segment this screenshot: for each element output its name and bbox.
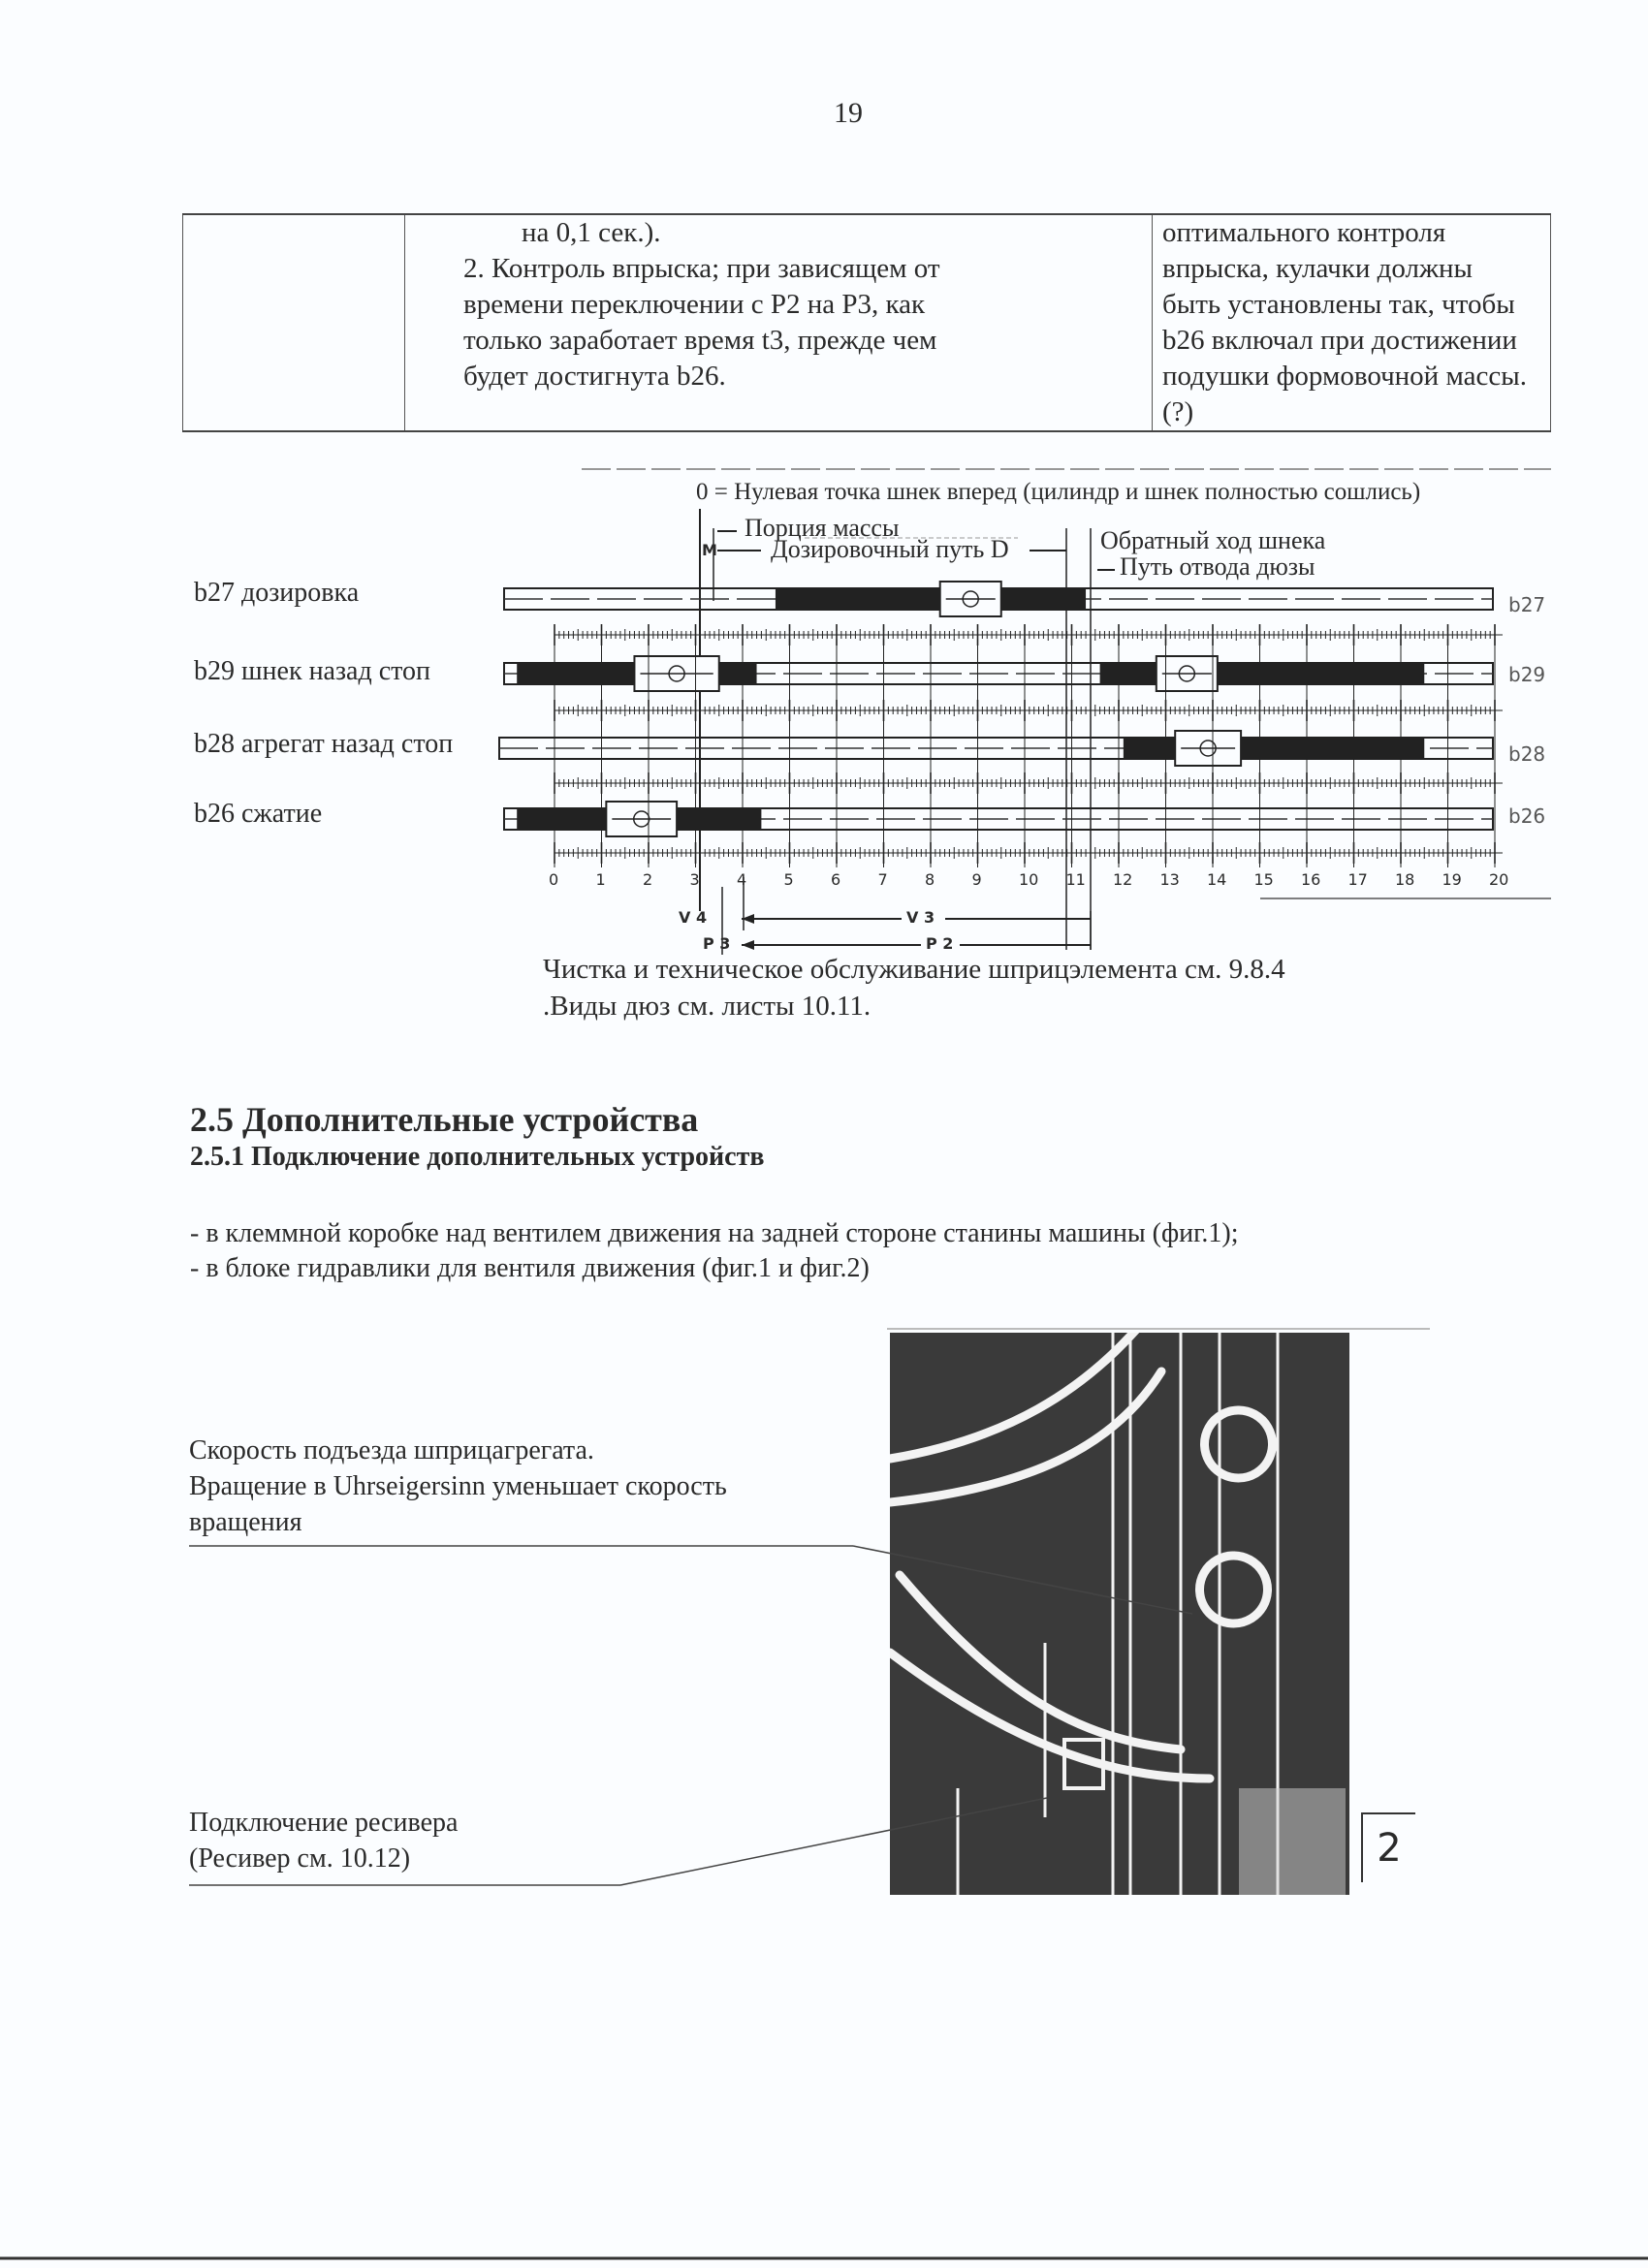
- caption-line: Вращение в Uhrseigersinn уменьшает скоро…: [189, 1468, 727, 1504]
- caption-feed-speed: Скорость подъезда шприцагрегата. Вращени…: [189, 1433, 727, 1540]
- caption-line: (Ресивер см. 10.12): [189, 1841, 458, 1876]
- caption-receiver: Подключение ресивера (Ресивер см. 10.12): [189, 1805, 458, 1876]
- caption-line: Скорость подъезда шприцагрегата.: [189, 1433, 727, 1468]
- caption-line: Подключение ресивера: [189, 1805, 458, 1841]
- caption-line: вращения: [189, 1504, 727, 1540]
- callout-lines: [0, 0, 1648, 2268]
